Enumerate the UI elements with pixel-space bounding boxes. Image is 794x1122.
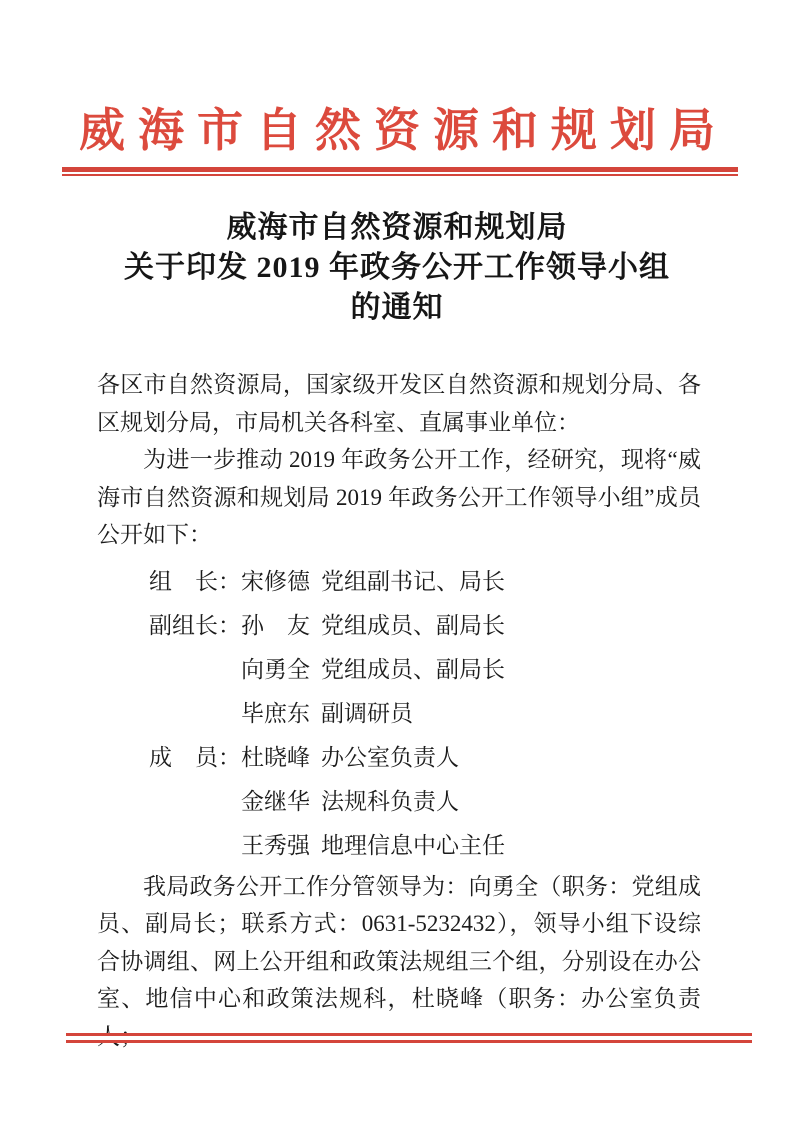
member-name: 向勇全 — [241, 648, 321, 692]
letterhead-divider-thin-line — [62, 174, 738, 176]
member-role: 成 员： — [149, 736, 241, 780]
member-row: 副组长：孙 友党组成员、副局长 — [149, 604, 701, 648]
member-title: 党组副书记、局长 — [321, 569, 505, 594]
member-row: 组 长：宋修德党组副书记、局长 — [149, 560, 701, 604]
member-row: 向勇全党组成员、副局长 — [149, 648, 701, 692]
member-row: 王秀强地理信息中心主任 — [149, 824, 701, 868]
member-name: 王秀强 — [241, 824, 321, 868]
document-body: 各区市自然资源局，国家级开发区自然资源和规划分局、各区规划分局，市局机关各科室、… — [97, 366, 701, 1055]
letterhead-divider — [62, 167, 738, 176]
footer-divider-bottom-line — [66, 1040, 752, 1043]
member-name: 杜晓峰 — [241, 736, 321, 780]
member-name: 孙 友 — [241, 604, 321, 648]
member-name: 宋修德 — [241, 560, 321, 604]
member-name: 毕庶东 — [241, 692, 321, 736]
member-title: 党组成员、副局长 — [321, 613, 505, 638]
intro-paragraph: 为进一步推动 2019 年政务公开工作，经研究，现将“威海市自然资源和规划局 2… — [97, 441, 701, 554]
document-title: 威海市自然资源和规划局 关于印发 2019 年政务公开工作领导小组 的通知 — [0, 208, 794, 328]
member-list: 组 长：宋修德党组副书记、局长 副组长：孙 友党组成员、副局长 向勇全党组成员、… — [149, 560, 701, 868]
closing-paragraph: 我局政务公开工作分管领导为：向勇全（职务：党组成员、副局长；联系方式：0631-… — [97, 868, 701, 1056]
member-row: 毕庶东副调研员 — [149, 692, 701, 736]
document-title-line-1: 威海市自然资源和规划局 — [0, 208, 794, 248]
document-title-line-3: 的通知 — [0, 288, 794, 328]
member-role: 组 长： — [149, 560, 241, 604]
addressee-paragraph: 各区市自然资源局，国家级开发区自然资源和规划分局、各区规划分局，市局机关各科室、… — [97, 366, 701, 441]
member-title: 党组成员、副局长 — [321, 657, 505, 682]
member-row: 成 员：杜晓峰办公室负责人 — [149, 736, 701, 780]
member-row: 金继华法规科负责人 — [149, 780, 701, 824]
member-title: 办公室负责人 — [321, 745, 459, 770]
member-role: 副组长： — [149, 604, 241, 648]
member-title: 副调研员 — [321, 701, 413, 726]
member-title: 法规科负责人 — [321, 789, 459, 814]
letterhead-agency-name: 威海市自然资源和规划局 — [0, 101, 794, 161]
document-title-line-2: 关于印发 2019 年政务公开工作领导小组 — [0, 248, 794, 288]
document-page: 威海市自然资源和规划局 威海市自然资源和规划局 关于印发 2019 年政务公开工… — [0, 0, 794, 1122]
footer-divider — [66, 1033, 752, 1043]
member-title: 地理信息中心主任 — [321, 833, 505, 858]
member-name: 金继华 — [241, 780, 321, 824]
